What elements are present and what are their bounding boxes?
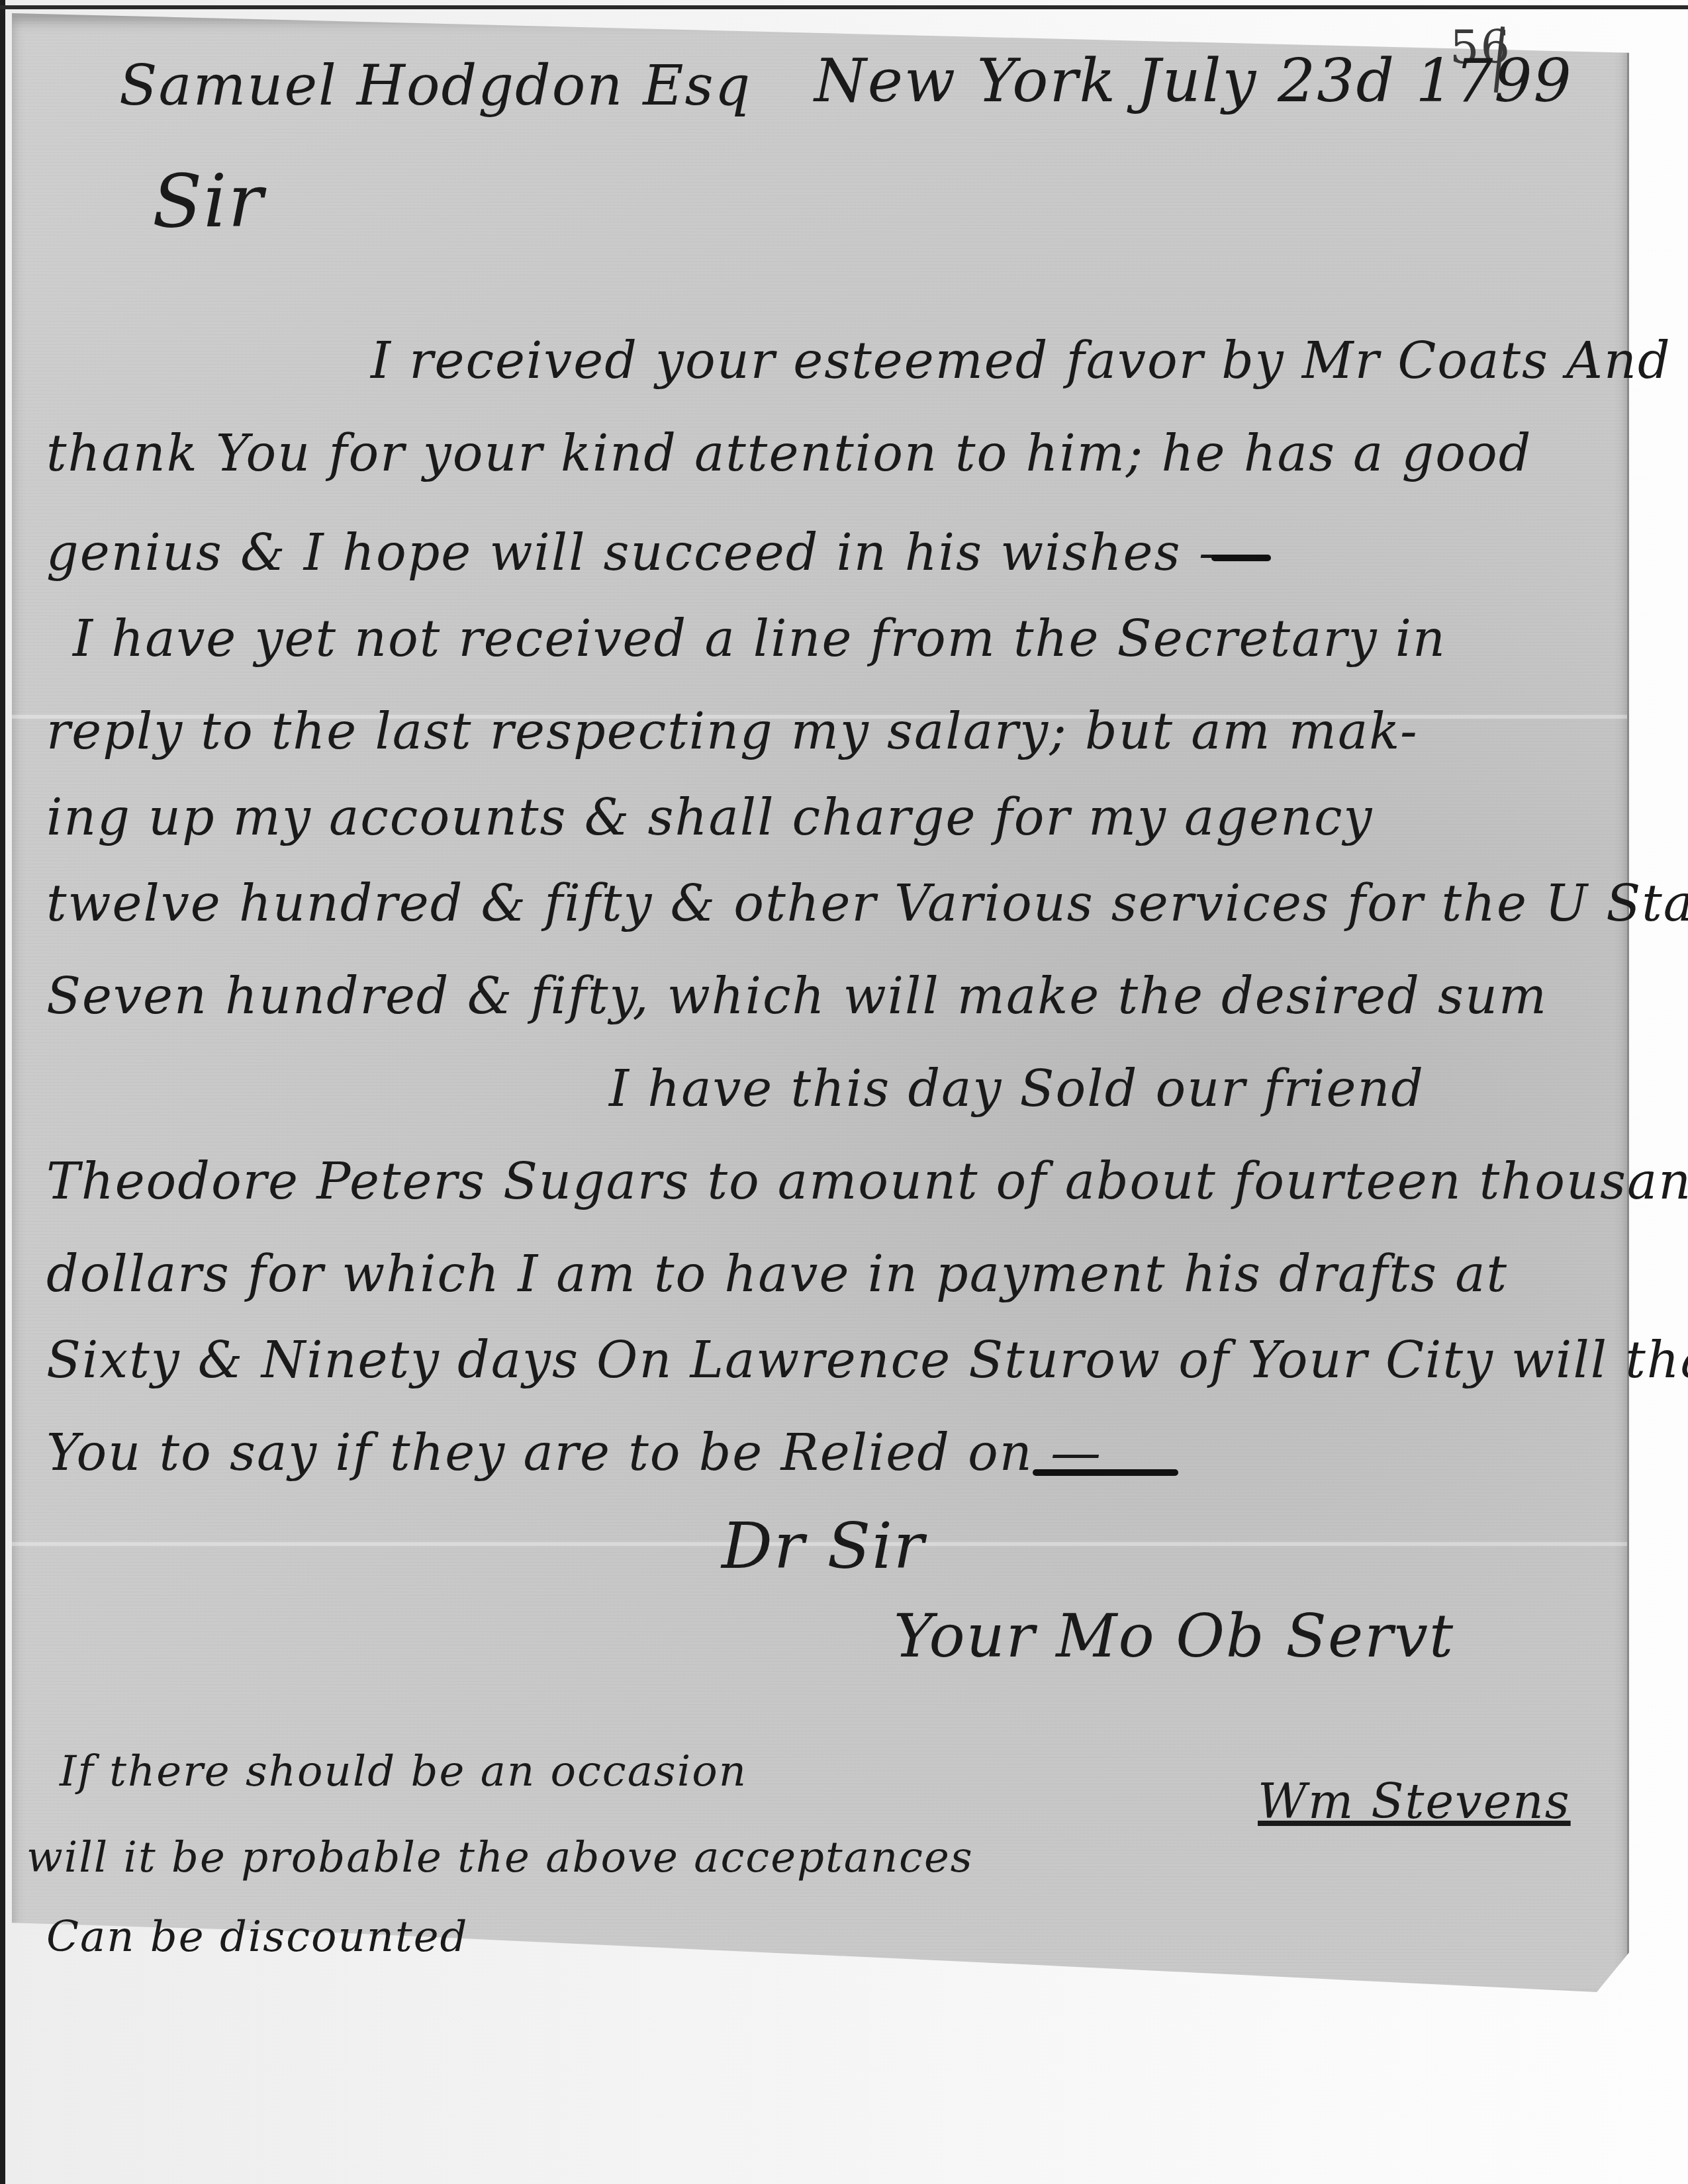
body-line: I received your esteemed favor by Mr Coa… bbox=[371, 331, 1671, 390]
body-line: Sixty & Ninety days On Lawrence Sturow o… bbox=[46, 1330, 1688, 1389]
body-line: I have this day Sold our friend bbox=[609, 1059, 1425, 1118]
scanner-edge-left bbox=[0, 0, 5, 2184]
greeting: Sir bbox=[152, 159, 264, 244]
signature: Wm Stevens bbox=[1258, 1774, 1571, 1829]
body-line: dollars for which I am to have in paymen… bbox=[46, 1244, 1508, 1303]
body-line: thank You for your kind attention to him… bbox=[46, 424, 1532, 482]
body-line: genius & I hope will succeed in his wish… bbox=[46, 523, 1250, 582]
postscript-line: will it be probable the above acceptance… bbox=[26, 1833, 974, 1882]
body-line: Theodore Peters Sugars to amount of abou… bbox=[46, 1152, 1688, 1210]
body-line: You to say if they are to be Relied on — bbox=[46, 1423, 1102, 1482]
flourish-dash bbox=[1033, 1469, 1178, 1476]
body-line: twelve hundred & fifty & other Various s… bbox=[46, 874, 1688, 933]
body-line: Seven hundred & fifty, which will make t… bbox=[46, 966, 1548, 1025]
flourish-dash bbox=[1211, 555, 1271, 561]
addressee: Samuel Hodgdon Esq bbox=[119, 53, 751, 118]
body-line: reply to the last respecting my salary; … bbox=[46, 702, 1419, 760]
closing-dear-sir: Dr Sir bbox=[722, 1509, 925, 1583]
closing-servant: Your Mo Ob Servt bbox=[894, 1602, 1454, 1671]
body-line: I have yet not received a line from the … bbox=[73, 609, 1446, 668]
place-date: New York July 23d 1799 bbox=[814, 46, 1573, 116]
postscript-line: Can be discounted bbox=[46, 1913, 469, 1962]
scanner-edge-top bbox=[0, 5, 1688, 9]
body-line: ing up my accounts & shall charge for my… bbox=[46, 788, 1373, 846]
postscript-line: If there should be an occasion bbox=[60, 1747, 747, 1796]
